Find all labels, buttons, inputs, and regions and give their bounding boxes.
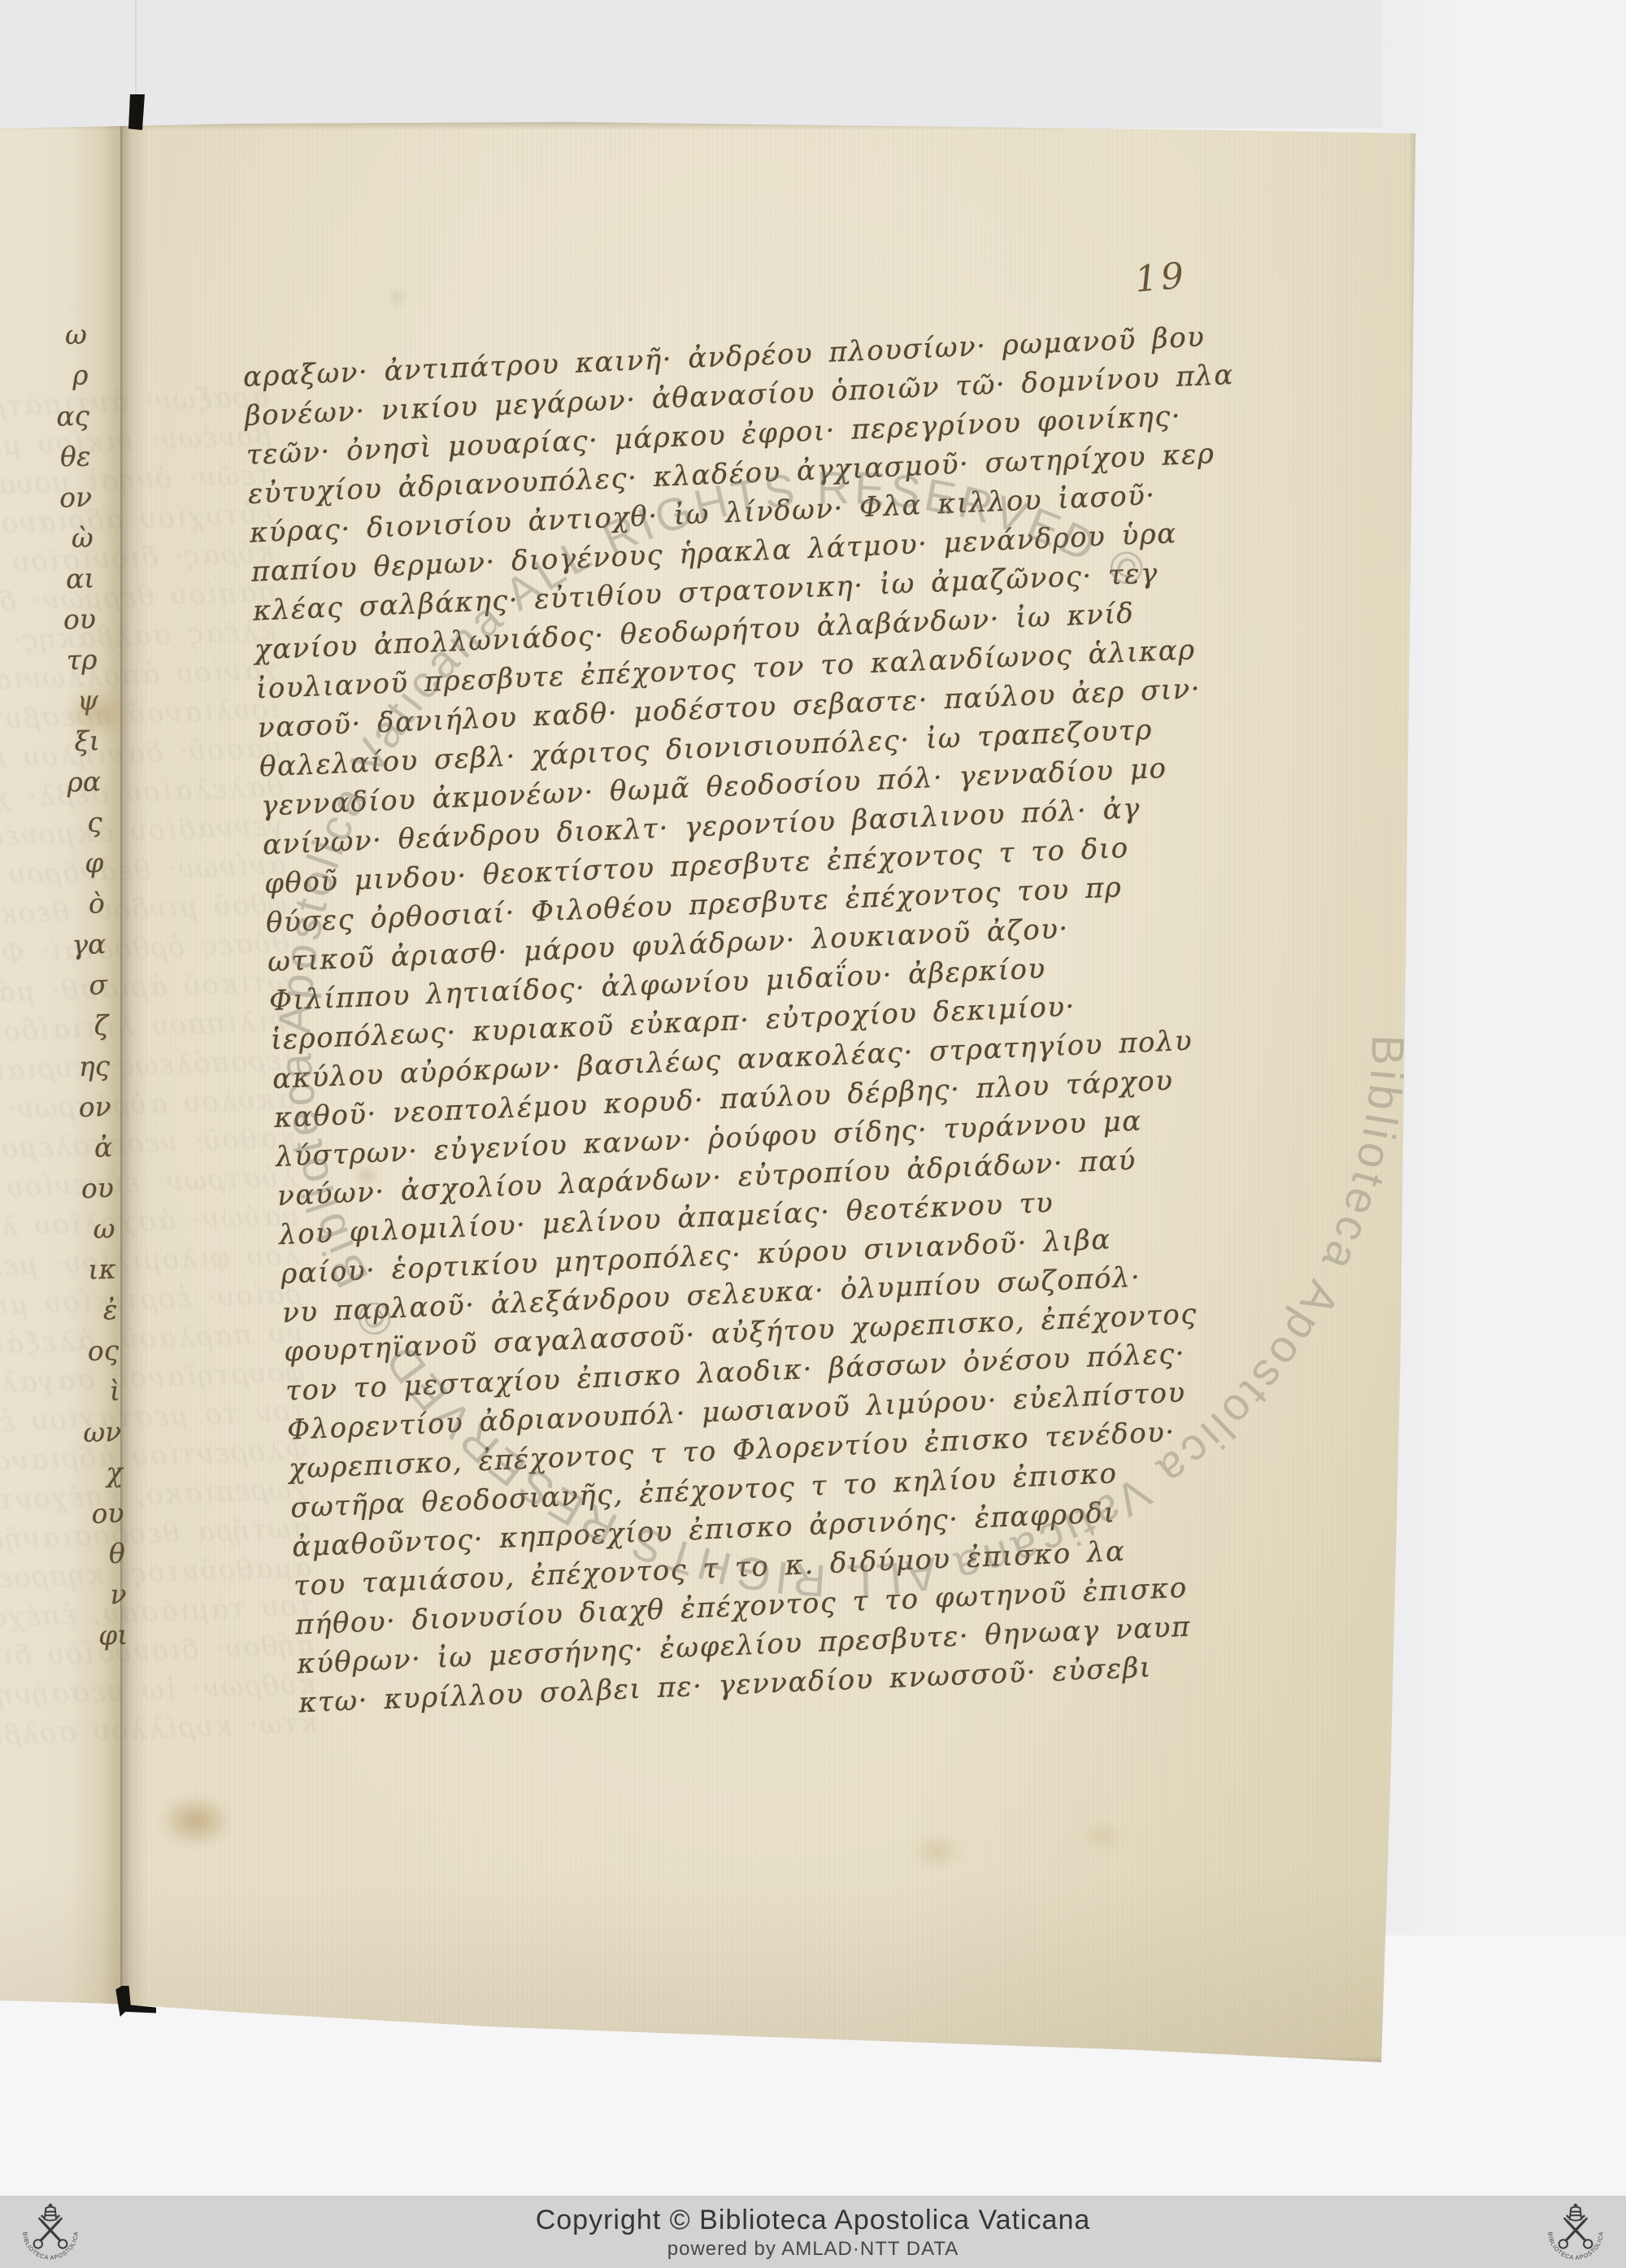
binding-gap-top [128, 94, 145, 130]
paper-edge-shading [0, 120, 1419, 2068]
footer-text: Copyright © Biblioteca Apostolica Vatica… [536, 2203, 1091, 2261]
scanner-background-right [1382, 0, 1626, 2196]
footer-copyright-line: Copyright © Biblioteca Apostolica Vatica… [536, 2203, 1091, 2237]
papal-keys-tiara-emblem [1559, 2204, 1593, 2248]
manuscript-scan-viewport: ωραςθεονὼαιουτρψξιραςφὸγασζηςονἀουωικἐος… [0, 0, 1626, 2268]
manuscript-page: ωραςθεονὼαιουτρψξιραςφὸγασζηςονἀουωικἐος… [0, 120, 1419, 2068]
footer-powered-line: powered by AMLAD·NTT DATA [667, 2237, 959, 2261]
vatican-library-logo-right: BIBLIOTECA APOSTOLICA VATICANA [1543, 2200, 1608, 2265]
viewer-footer-bar: BIBLIOTECA APOSTOLICA VATICANA Copyright… [0, 2196, 1626, 2268]
vatican-library-logo-left: BIBLIOTECA APOSTOLICA VATICANA [18, 2200, 83, 2265]
papal-keys-tiara-emblem [34, 2204, 67, 2248]
